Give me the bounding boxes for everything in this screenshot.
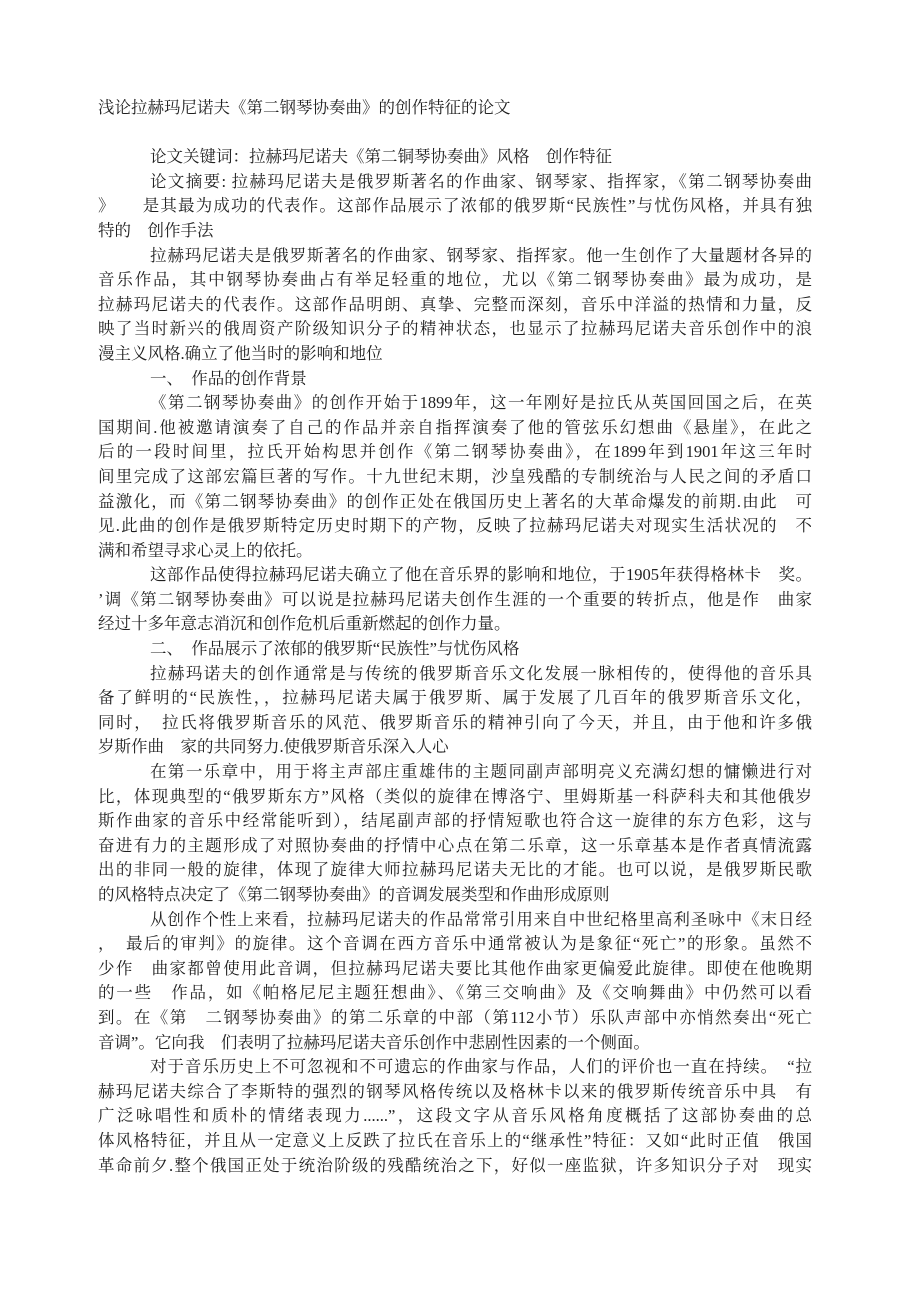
- text-line: 赫玛尼诺夫综合了李斯特的强烈的钢琴风格传统以及格林卡以来的俄罗斯传统音乐中具 有: [98, 1080, 812, 1105]
- text-line: 经过十多年意志消沉和创作危机后重新燃起的创作力量。: [98, 612, 812, 637]
- text-line: 拉赫玛诺夫的创作通常是与传统的俄罗斯音乐文化发展一脉相传的，使得他的音乐具: [98, 662, 812, 687]
- text-line: 奋进有力的主题形成了对照协奏曲的抒情中心点在第二乐章，这一乐章基本是作者真情流露: [98, 834, 812, 859]
- text-line: 论文摘要: 拉赫玛尼诺夫是俄罗斯著名的作曲家、钢琴家、指挥家，《第二钢琴协奏曲: [98, 170, 812, 195]
- text-line: 斯作曲家的音乐中经常能听到），结尾副声部的抒情短歌也符合这一旋律的东方色彩，这与: [98, 809, 812, 834]
- text-line: 从创作个性上来看，拉赫玛尼诺夫的作品常常引用来自中世纪格里高利圣咏中《末日经: [98, 908, 812, 933]
- document-page: 浅论拉赫玛尼诺夫《第二钢琴协奏曲》的创作特征的论文 论文关键词：拉赫玛尼诺夫《第…: [0, 0, 920, 1302]
- text-line: 到。在《第 二钢琴协奏曲》的第二乐章的中部（第112小节）乐队声部中亦悄然奏出“…: [98, 1006, 812, 1031]
- text-line: 满和希望寻求心灵上的依托。: [98, 539, 812, 564]
- text-line: 的一些 作品，如《帕格尼尼主题狂想曲》、《第三交响曲》及《交响舞曲》中仍然可以看: [98, 981, 812, 1006]
- text-line: 益激化，而《第二钢琴协奏曲》的创作正处在俄国历史上著名的大革命爆发的前期.由此 …: [98, 490, 812, 515]
- text-line: 拉赫玛尼诺夫的代表作。这部作品明朗、真挚、完整而深刻，音乐中洋溢的热情和力量，反: [98, 293, 812, 318]
- text-line: 国期间.他被邀请演奏了自己的作品并亲自指挥演奏了他的管弦乐幻想曲《悬崖》，在此之: [98, 416, 812, 441]
- document-text-block: 浅论拉赫玛尼诺夫《第二钢琴协奏曲》的创作特征的论文 论文关键词：拉赫玛尼诺夫《第…: [98, 96, 812, 1178]
- text-line: 备了鲜明的“民族性，，拉赫玛尼诺夫属于俄罗斯、属于发展了几百年的俄罗斯音乐文化，: [98, 686, 812, 711]
- text-line: 广泛咏唱性和质朴的情绪表现力......”，这段文字从音乐风格角度概括了这部协奏…: [98, 1104, 812, 1129]
- text-line: 论文关键词：拉赫玛尼诺夫《第二铜琴协奏曲》风格 创作特征: [98, 145, 812, 170]
- blank-line: [98, 121, 812, 146]
- text-line: 对于音乐历史上不可忽视和不可遗忘的作曲家与作品，人们的评价也一直在持续。 “拉: [98, 1055, 812, 1080]
- text-line: 见.此曲的创作是俄罗斯特定历史时期下的产物，反映了拉赫玛尼诺夫对现实生活状况的 …: [98, 514, 812, 539]
- text-line: 一、 作品的创作背景: [98, 367, 812, 392]
- text-line: 体风格特征，并且从一定意义上反跌了拉氏在音乐上的“继承性”特征：又如“此时正值 …: [98, 1129, 812, 1154]
- text-line: 》 是其最为成功的代表作。这部作品展示了浓郁的俄罗斯“民族性”与忧伤风格，并具有…: [98, 194, 812, 219]
- text-line: 比，体现典型的“俄罗斯东方”风格（类似的旋律在博洛宁、里姆斯基一科萨科夫和其他俄…: [98, 785, 812, 810]
- text-line: 特的 创作手法: [98, 219, 812, 244]
- text-line: 少作 曲家都曾使用此音调，但拉赫玛尼诺夫要比其他作曲家更偏爱此旋律。即使在他晚期: [98, 957, 812, 982]
- text-line: 后的一段时间里，拉氏开始构思并创作《第二钢琴协奏曲》，在1899年到1901年这…: [98, 440, 812, 465]
- text-line: ， 最后的审判》的旋律。这个音调在西方音乐中通常被认为是象征“死亡”的形象。虽然…: [98, 932, 812, 957]
- text-line: 岁斯作曲 家的共同努力.使俄罗斯音乐深入人心: [98, 735, 812, 760]
- text-line: 出的非同一般的旋律，体现了旋律大师拉赫玛尼诺夫无比的才能。也可以说，是俄罗斯民歌: [98, 858, 812, 883]
- text-line: 漫主义风格.确立了他当时的影响和地位: [98, 342, 812, 367]
- text-line: 的风格特点决定了《第二钢琴协奏曲》的音调发展类型和作曲形成原则: [98, 883, 812, 908]
- text-line: 革命前夕.整个俄国正处于统治阶级的残酷统治之下，好似一座监狱，许多知识分子对 现…: [98, 1154, 812, 1179]
- text-line: 同时， 拉氏将俄罗斯音乐的风范、俄罗斯音乐的精神引向了今天，并且，由于他和许多俄: [98, 711, 812, 736]
- text-line: 间里完成了这部宏篇巨著的写作。十九世纪末期，沙皇残酷的专制统治与人民之间的矛盾口: [98, 465, 812, 490]
- document-title: 浅论拉赫玛尼诺夫《第二钢琴协奏曲》的创作特征的论文: [98, 96, 812, 121]
- text-line: 在第一乐章中，用于将主声部庄重雄伟的主题同副声部明亮义充满幻想的慵懒进行对: [98, 760, 812, 785]
- text-line: 这部作品使得拉赫玛尼诺夫确立了他在音乐界的影响和地位，于1905年获得格林卡 奖…: [98, 563, 812, 588]
- text-line: 拉赫玛尼诺夫是俄罗斯著名的作曲家、钢琴家、指挥家。他一生创作了大量题材各异的: [98, 244, 812, 269]
- text-line: 《第二钢琴协奏曲》的创作开始于1899年，这一年刚好是拉氏从英国回国之后，在英: [98, 391, 812, 416]
- text-line: 映了当时新兴的俄周资产阶级知识分子的精神状态，也显示了拉赫玛尼诺夫音乐创作中的浪: [98, 317, 812, 342]
- text-line: 二、 作品展示了浓郁的俄罗斯“民族性”与忧伤风格: [98, 637, 812, 662]
- text-line: ’调《第二钢琴协奏曲》可以说是拉赫玛尼诺夫创作生涯的一个重要的转折点，他是作 曲…: [98, 588, 812, 613]
- text-line: 音调”。它向我 们表明了拉赫玛尼诺夫音乐创作中悲剧性因素的一个侧面。: [98, 1031, 812, 1056]
- document-body: 论文关键词：拉赫玛尼诺夫《第二铜琴协奏曲》风格 创作特征论文摘要: 拉赫玛尼诺夫…: [98, 145, 812, 1178]
- text-line: 音乐作品，其中钢琴协奏曲占有举足轻重的地位，尤以《第二钢琴协奏曲》最为成功，是: [98, 268, 812, 293]
